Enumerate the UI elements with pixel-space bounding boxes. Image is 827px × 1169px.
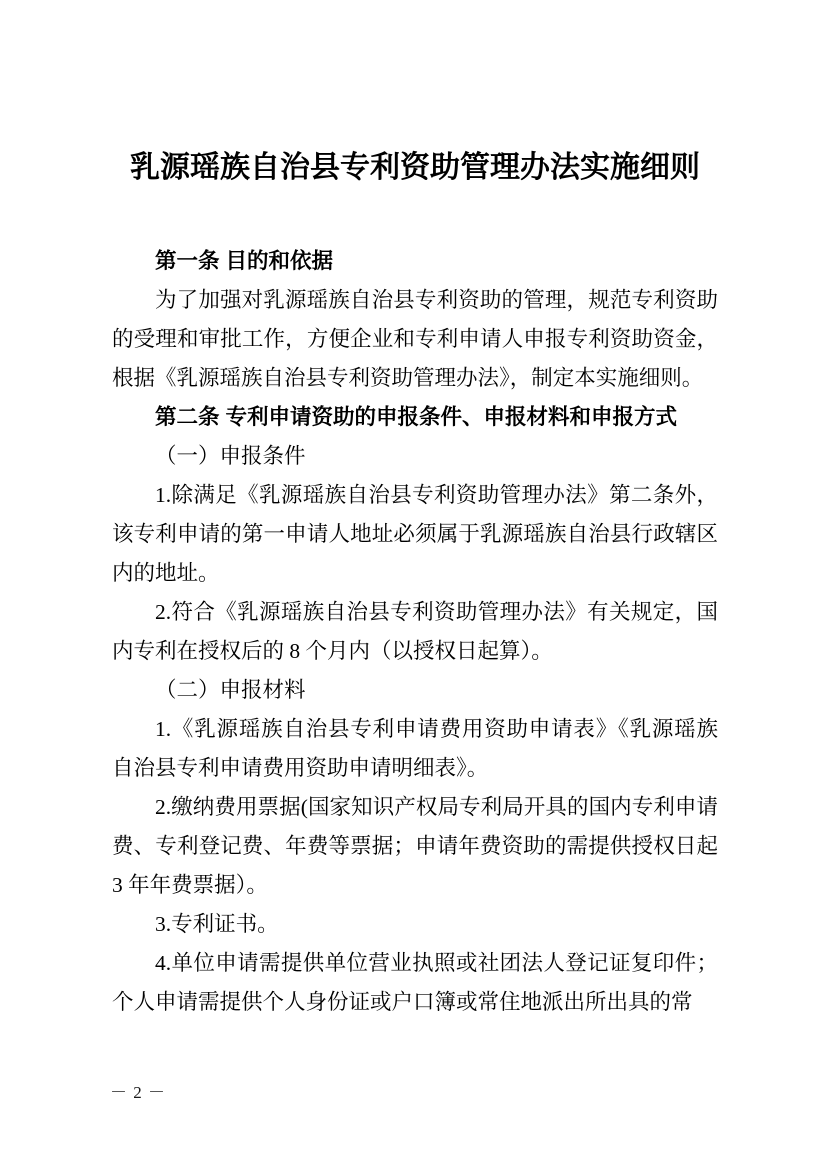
body-paragraph: 2.符合《乳源瑶族自治县专利资助管理办法》有关规定，国内专利在授权后的 8 个月… <box>112 593 718 671</box>
paragraph-list: 第一条 目的和依据为了加强对乳源瑶族自治县专利资助的管理，规范专利资助的受理和审… <box>112 242 718 1022</box>
section-heading: 第二条 专利申请资助的申报条件、申报材料和申报方式 <box>112 398 718 437</box>
body-paragraph: 1.除满足《乳源瑶族自治县专利资助管理办法》第二条外，该专利申请的第一申请人地址… <box>112 476 718 593</box>
section-heading: 第一条 目的和依据 <box>112 242 718 281</box>
body-paragraph: （二）申报材料 <box>112 671 718 710</box>
body-paragraph: 3.专利证书。 <box>112 905 718 944</box>
document-title: 乳源瑶族自治县专利资助管理办法实施细则 <box>112 146 718 190</box>
body-paragraph: 为了加强对乳源瑶族自治县专利资助的管理，规范专利资助的受理和审批工作，方便企业和… <box>112 281 718 398</box>
document-page: 乳源瑶族自治县专利资助管理办法实施细则 第一条 目的和依据为了加强对乳源瑶族自治… <box>0 0 827 1169</box>
page-number: － 2 － <box>110 1082 166 1104</box>
body-paragraph: （一）申报条件 <box>112 437 718 476</box>
body-paragraph: 4.单位申请需提供单位营业执照或社团法人登记证复印件；个人申请需提供个人身份证或… <box>112 944 718 1022</box>
document-body: 乳源瑶族自治县专利资助管理办法实施细则 第一条 目的和依据为了加强对乳源瑶族自治… <box>112 146 718 1022</box>
body-paragraph: 1.《乳源瑶族自治县专利申请费用资助申请表》《乳源瑶族自治县专利申请费用资助申请… <box>112 710 718 788</box>
body-paragraph: 2.缴纳费用票据(国家知识产权局专利局开具的国内专利申请费、专利登记费、年费等票… <box>112 788 718 905</box>
